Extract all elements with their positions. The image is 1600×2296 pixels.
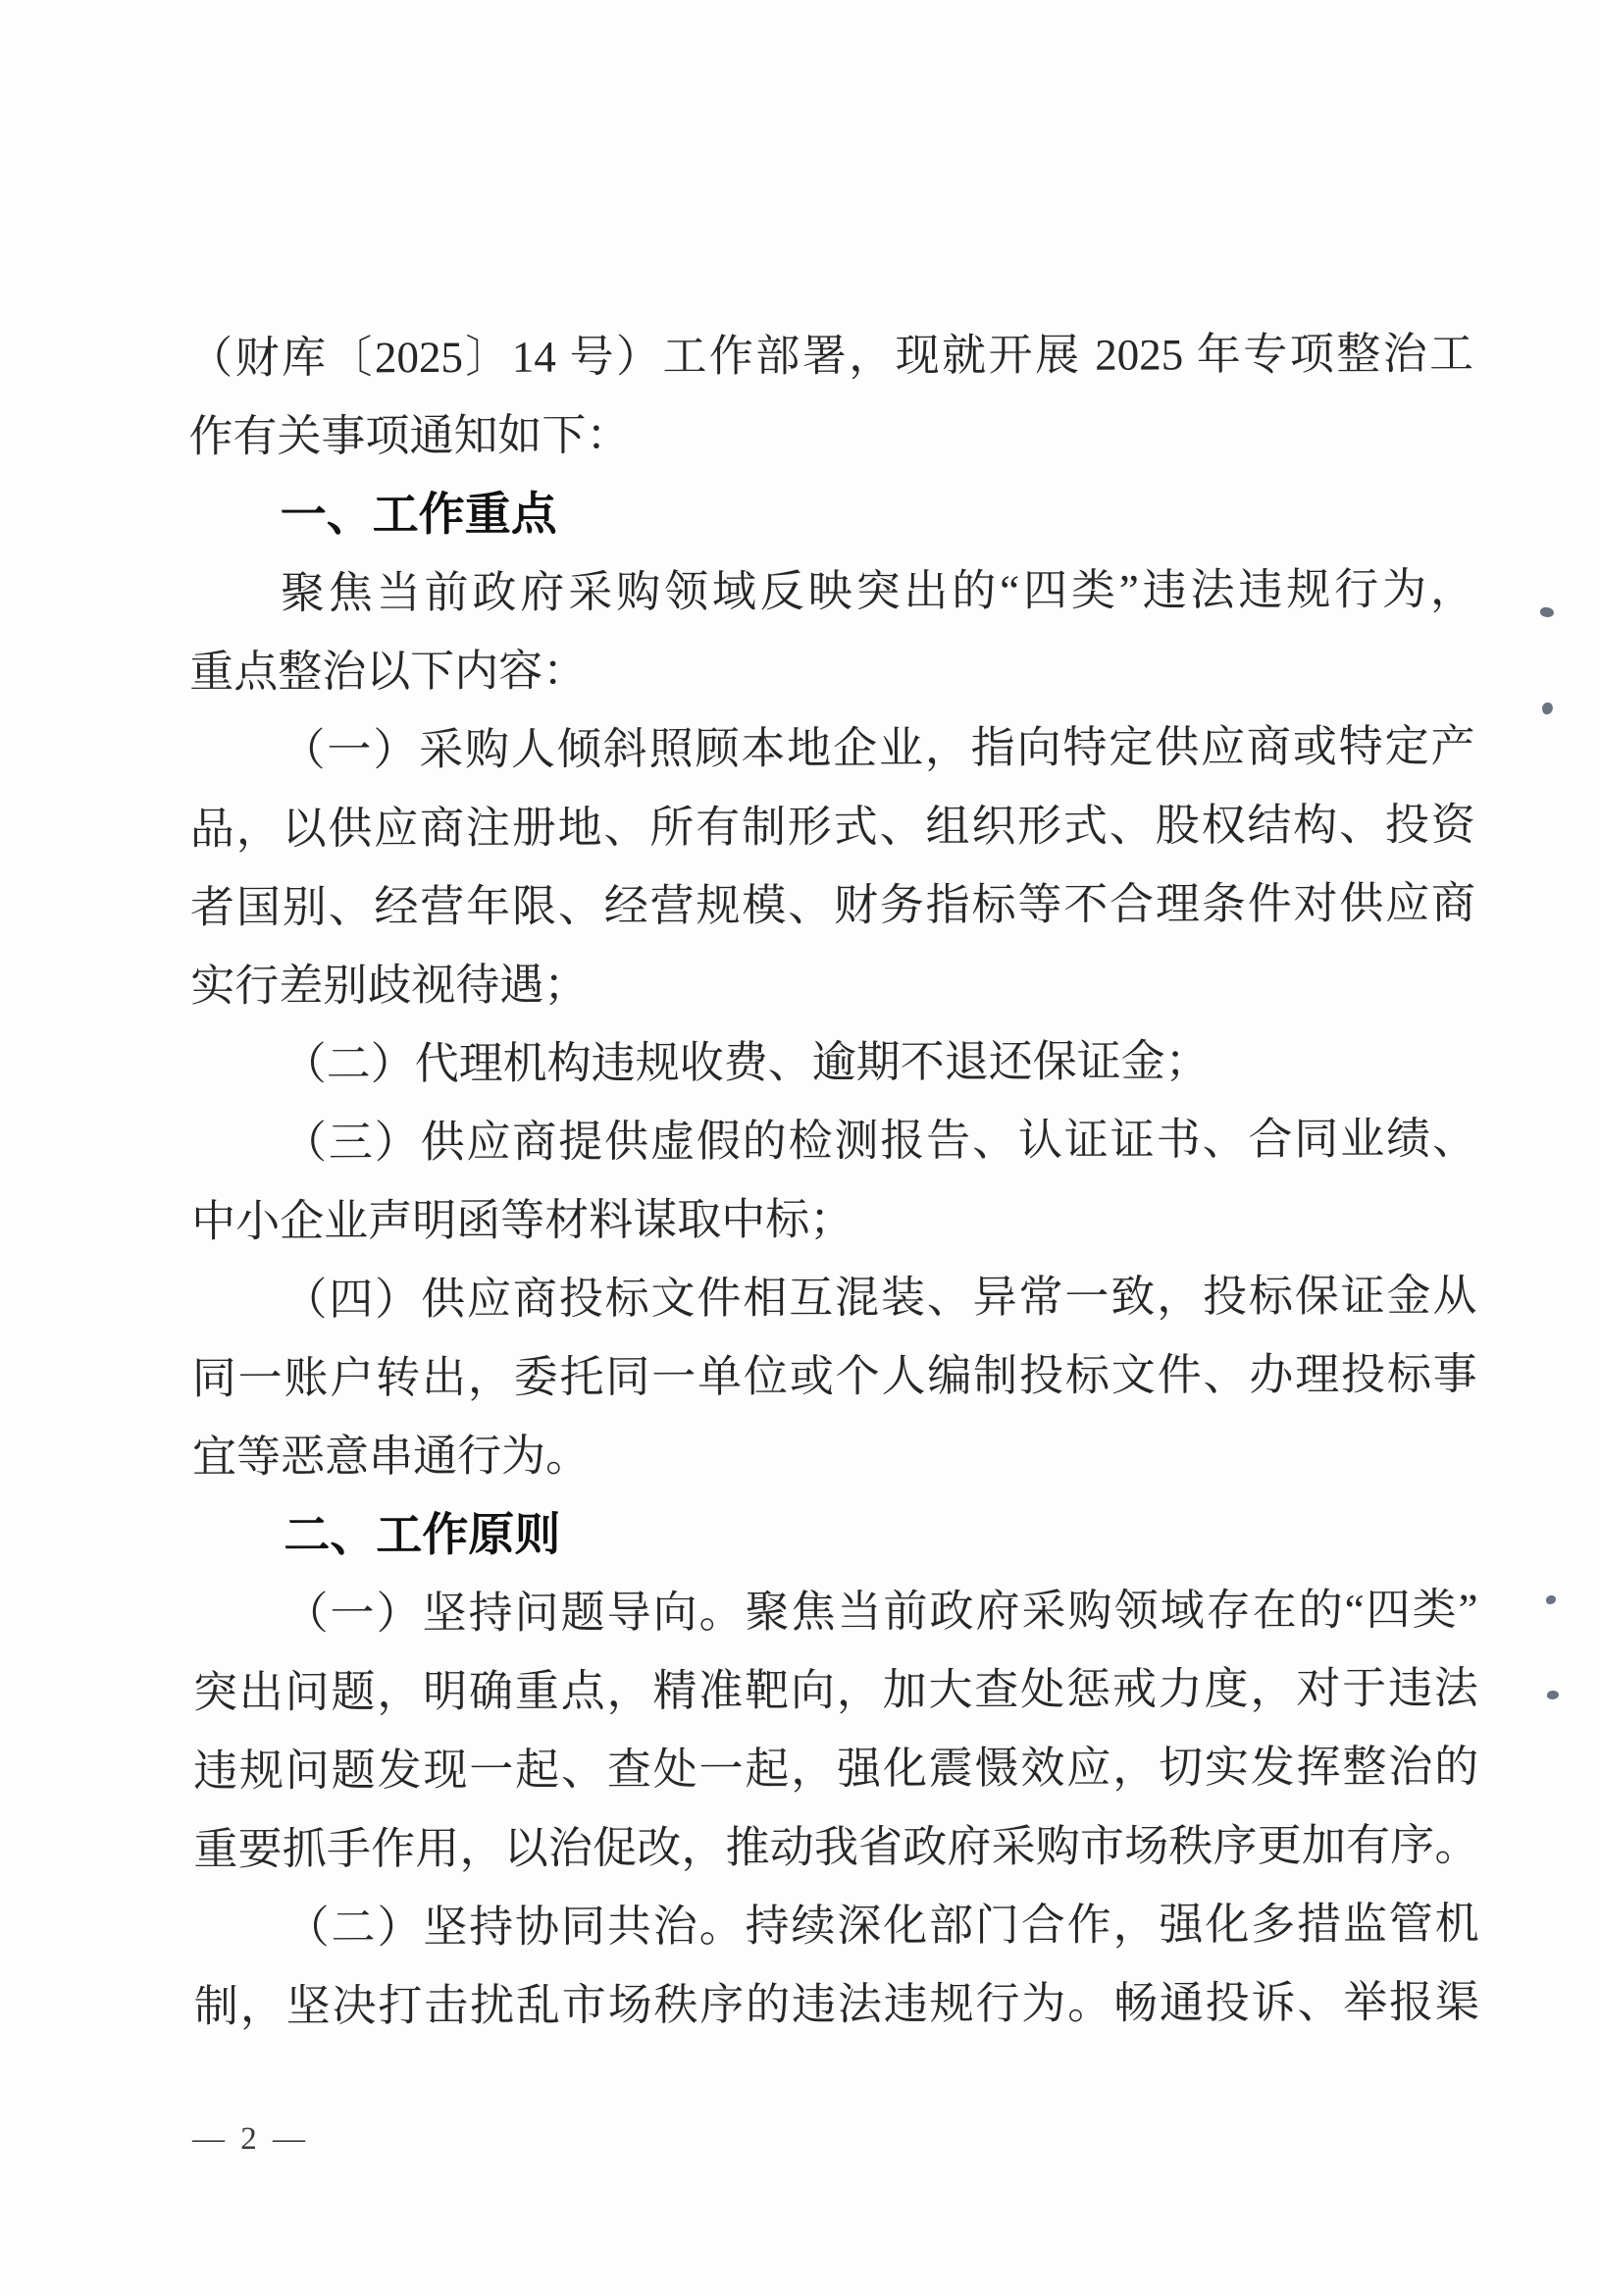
text-line: 品，以供应商注册地、所有制形式、组织形式、股权结构、投资 <box>190 785 1475 868</box>
text-line: （一）坚持问题导向。聚焦当前政府采购领域存在的“四类” <box>192 1570 1477 1653</box>
text-line: （财库〔2025〕14 号）工作部署，现就开展 2025 年专项整治工 <box>188 314 1473 397</box>
text-line: 宜等恶意串通行为。 <box>192 1413 1477 1496</box>
text-line: 聚焦当前政府采购领域反映突出的“四类”违法违规行为， <box>189 549 1474 633</box>
text-line: 同一账户转出，委托同一单位或个人编制投标文件、办理投标事 <box>192 1334 1477 1418</box>
document-body: （财库〔2025〕14 号）工作部署，现就开展 2025 年专项整治工 作有关事… <box>188 314 1479 2046</box>
section-heading-2: 二、工作原则 <box>192 1491 1477 1575</box>
text-line: 违规问题发现一起、查处一起，强化震慑效应，切实发挥整治的 <box>193 1727 1478 1810</box>
page-number: — 2 — <box>192 2121 309 2158</box>
text-line: （三）供应商提供虚假的检测报告、认证证书、合同业绩、 <box>191 1099 1476 1182</box>
text-line: （一）采购人倾斜照顾本地企业，指向特定供应商或特定产 <box>189 706 1474 790</box>
text-line: （四）供应商投标文件相互混装、异常一致，投标保证金从 <box>191 1256 1476 1339</box>
scan-speck <box>1547 1690 1560 1699</box>
scanned-page: （财库〔2025〕14 号）工作部署，现就开展 2025 年专项整治工 作有关事… <box>0 0 1600 2296</box>
text-line: （二）代理机构违规收费、逾期不退还保证金； <box>191 1020 1476 1104</box>
scan-speck <box>1541 702 1554 715</box>
section-heading-1: 一、工作重点 <box>189 471 1474 554</box>
text-line: 者国别、经营年限、经营规模、财务指标等不合理条件对供应商 <box>190 863 1475 947</box>
text-line: 重点整治以下内容： <box>189 628 1474 711</box>
text-line: 作有关事项通知如下： <box>188 392 1473 476</box>
text-line: 中小企业声明函等材料谋取中标； <box>191 1177 1476 1261</box>
text-line: 突出问题，明确重点，精准靶向，加大查处惩戒力度，对于违法 <box>193 1648 1478 1732</box>
scan-speck <box>1546 1595 1556 1604</box>
scan-speck <box>1539 605 1555 619</box>
text-line: 制，坚决打击扰乱市场秩序的违法违规行为。畅通投诉、举报渠 <box>194 1962 1479 2046</box>
text-line: 实行差别歧视待遇； <box>190 942 1475 1025</box>
text-line: （二）坚持协同共治。持续深化部门合作，强化多措监管机 <box>194 1884 1479 1967</box>
text-line: 重要抓手作用，以治促改，推动我省政府采购市场秩序更加有序。 <box>193 1805 1478 1889</box>
